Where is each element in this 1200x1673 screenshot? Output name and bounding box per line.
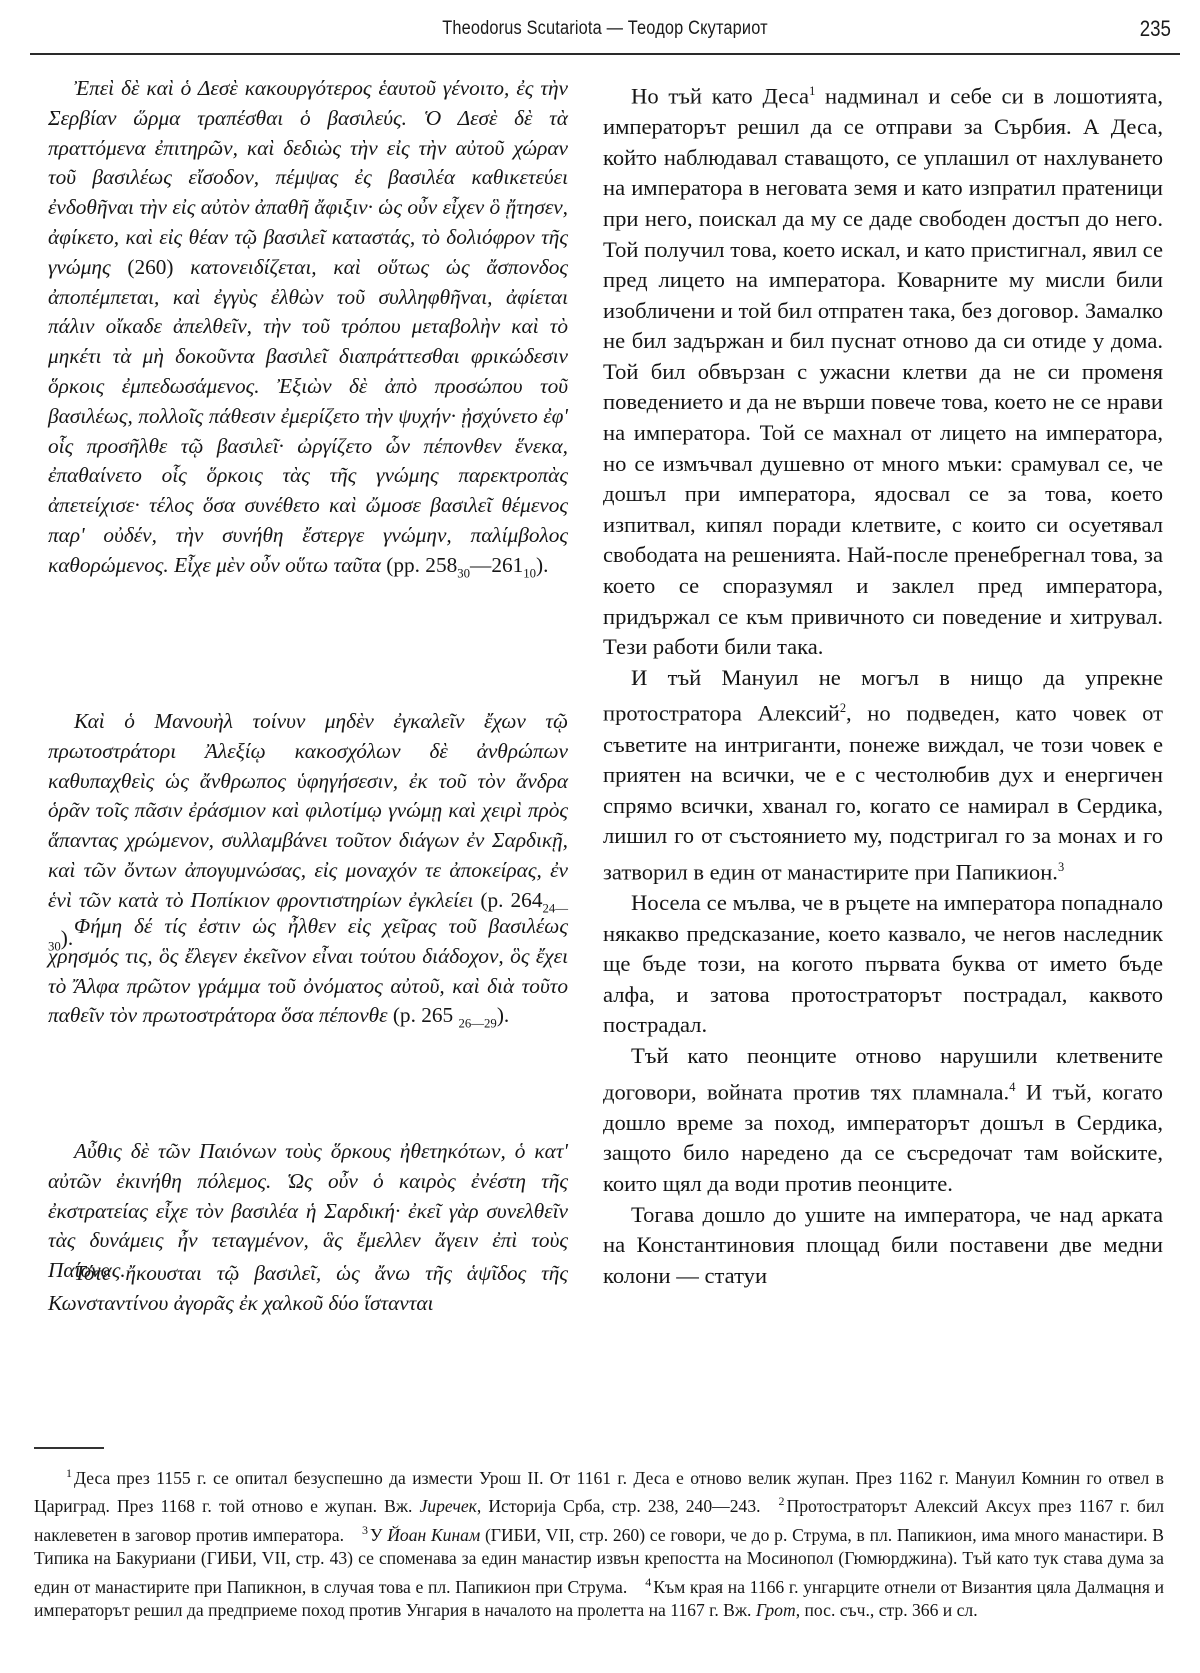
author-name: Јиречек xyxy=(419,1496,476,1516)
source-reference: (pp. 25830—26110). xyxy=(386,553,548,577)
greek-text: κατονειδίζεται, καὶ οὕτως ὡς ἄσπονδος ἀπ… xyxy=(48,255,568,577)
page-header: Theodorus Scutariota — Теодор Скутариот … xyxy=(30,16,1180,50)
page-ref: (260) xyxy=(127,255,173,279)
footnote-marker[interactable]: 3 xyxy=(1058,860,1064,874)
bulgarian-paragraph-2: И тъй Мануил не могъл в нищо да упрекне … xyxy=(603,663,1163,888)
author-name: Грот xyxy=(756,1600,796,1620)
bulgarian-paragraph-1: Но тъй като Деса1 надминал и себе си в л… xyxy=(603,76,1163,663)
bulgarian-text: , но подведен, като човек от съветите на… xyxy=(603,701,1163,885)
footnote-number: 4 xyxy=(645,1575,651,1589)
footnotes-block: 1Деса през 1155 г. се опитал безуспешно … xyxy=(34,1462,1164,1623)
footnote-number: 3 xyxy=(362,1523,368,1537)
footnote-text: У xyxy=(370,1525,387,1545)
greek-paragraph-1: Ἐπεὶ δὲ καὶ ὁ Δεσὲ κακουργότερος ἑαυτοῦ … xyxy=(48,74,568,589)
footnotes: 1Деса през 1155 г. се опитал безуспешно … xyxy=(34,1462,1164,1623)
footnote-number: 1 xyxy=(66,1466,72,1480)
bulgarian-paragraph-4: Тъй като пеонците отново нарушили клетве… xyxy=(603,1041,1163,1200)
bulgarian-paragraph-3: Носела се мълва, че в ръцете на императо… xyxy=(603,888,1163,1041)
greek-paragraph-3: Φήμη δέ τίς ἐστιν ὡς ἦλθεν εἰς χεῖρας το… xyxy=(48,912,568,1039)
bulgarian-text: Но тъй като Деса xyxy=(631,84,809,109)
bulgarian-column: Но тъй като Деса1 надминал и себе си в л… xyxy=(603,76,1163,1291)
footnote-text: , пос. съч., стр. 366 и сл. xyxy=(796,1600,978,1620)
greek-text: Ἐπεὶ δὲ καὶ ὁ Δεσὲ κακουργότερος ἑαυτοῦ … xyxy=(48,76,568,279)
page-number: 235 xyxy=(1140,16,1171,42)
author-name: Йоан Кинам xyxy=(387,1525,480,1545)
header-rule xyxy=(30,53,1180,55)
footnote-number: 2 xyxy=(779,1494,785,1508)
source-reference: (p. 265 26—29). xyxy=(393,1003,509,1027)
bulgarian-paragraph-5: Тогава дошло до ушите на императора, че … xyxy=(603,1200,1163,1292)
bulgarian-text: надминал и себе си в лошотията, императо… xyxy=(603,84,1163,660)
greek-text: Καὶ ὁ Μανουὴλ τοίνυν μηδὲν ἐγκαλεῖν ἔχων… xyxy=(48,709,568,912)
footnote-rule xyxy=(34,1447,104,1449)
greek-paragraph-5: Τότε ἤκουσται τῷ βασιλεῖ, ὡς ἄνω τῆς ἁψῖ… xyxy=(48,1259,568,1319)
running-title: Theodorus Scutariota — Теодор Скутариот xyxy=(111,18,1100,40)
footnote-text: , Историја Срба, стр. 238, 240—243. xyxy=(477,1496,761,1516)
